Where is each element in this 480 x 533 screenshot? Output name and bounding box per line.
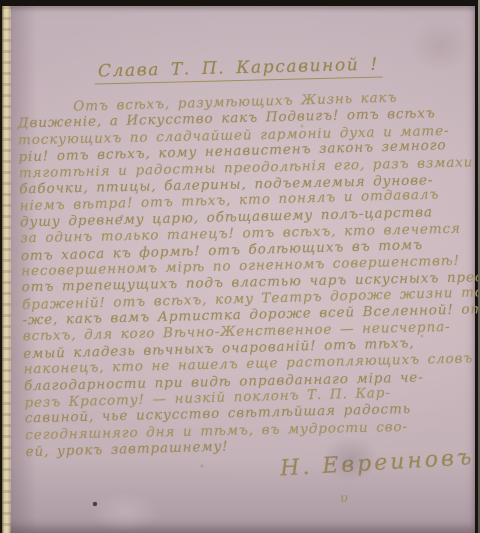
dedication-title: Слава Т. П. Карсавиной ! <box>8 52 468 83</box>
dedication-body: Отъ всѣхъ, разумѣющихъ Жизнь какъДвижені… <box>17 88 478 460</box>
ink-dot <box>93 502 97 506</box>
dedication-title-text: Слава Т. П. Карсавиной ! <box>94 55 383 85</box>
manuscript-content: Слава Т. П. Карсавиной ! Отъ всѣхъ, разу… <box>7 0 480 533</box>
album-page-paper: Слава Т. П. Карсавиной ! Отъ всѣхъ, разу… <box>2 6 475 533</box>
scanned-album-page: Слава Т. П. Карсавиной ! Отъ всѣхъ, разу… <box>0 0 480 533</box>
